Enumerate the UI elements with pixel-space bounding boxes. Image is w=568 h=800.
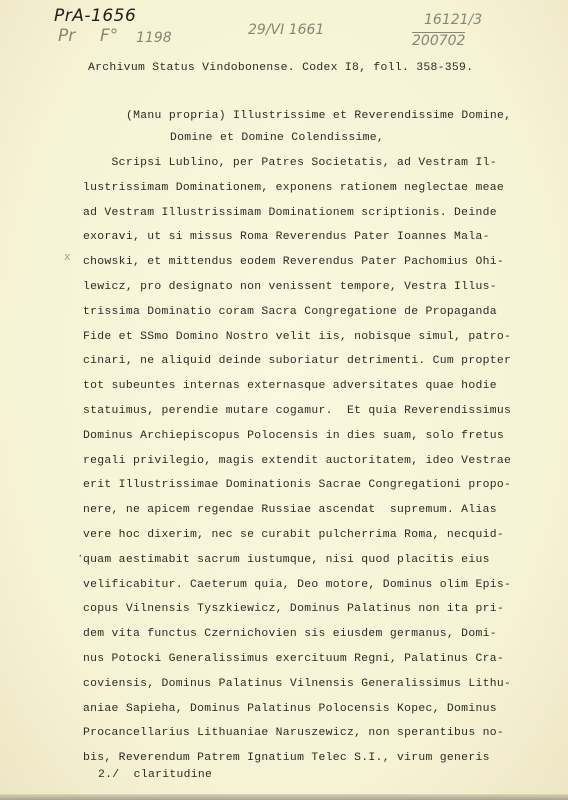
body-line: chowski, et mittendus eodem Reverendus P… — [83, 257, 504, 268]
body-line: lustrissimam Dominationem, exponens rati… — [83, 183, 504, 194]
pencil-format: F° — [100, 26, 118, 46]
margin-cross-mark: x — [64, 252, 71, 264]
handwritten-signature: PrA-1656 — [54, 6, 136, 26]
body-line: velificabitur. Caeterum quia, Deo motore… — [83, 580, 511, 591]
scan-bottom-edge — [0, 794, 568, 800]
pencil-prefix: Pr — [58, 26, 75, 46]
body-line: Procancellarius Lithuaniae Naruszewicz, … — [83, 728, 504, 739]
body-line: erit Illustrissimae Dominationis Sacrae … — [83, 480, 511, 491]
pencil-date: 29/VI 1661 — [248, 22, 324, 38]
body-line: Dominus Archiepiscopus Polocensis in die… — [83, 431, 504, 442]
archive-ref-top: 16121/3 — [424, 12, 482, 28]
body-line: tot subeuntes internas externasque adver… — [83, 381, 497, 392]
body-line: cinari, ne aliquid deinde suboriatur det… — [83, 356, 511, 367]
body-line: vere hoc dixerim, nec se curabit pulcher… — [83, 530, 504, 541]
scanned-page: PrA-1656 Pr F° 1198 29/VI 1661 16121/3 2… — [0, 0, 568, 800]
body-line: regali privilegio, magis extendit auctor… — [83, 456, 511, 467]
body-line: exoravi, ut si missus Roma Reverendus Pa… — [83, 232, 490, 243]
body-line: nere, ne apicem regendae Russiae ascenda… — [83, 505, 497, 516]
body-line: bis, Reverendum Patrem Ignatium Telec S.… — [83, 753, 490, 764]
body-line: copus Vilnensis Tyszkiewicz, Dominus Pal… — [83, 604, 504, 615]
salutation-line-1: (Manu propria) Illustrissime et Reverend… — [126, 111, 511, 122]
body-line: lewicz, pro designato non venissent temp… — [83, 282, 497, 293]
body-line: Fide et SSmo Domino Nostro velit iis, no… — [83, 332, 511, 343]
margin-dot-mark: · — [77, 551, 84, 563]
body-line: quam aestimabit sacrum iustumque, nisi q… — [83, 555, 490, 566]
body-line: Scripsi Lublino, per Patres Societatis, … — [83, 158, 497, 169]
body-line: dem vita functus Czernichovien sis eiusd… — [83, 629, 497, 640]
body-line: nus Potocki Generalissimus exercituum Re… — [83, 654, 504, 665]
page-continuation: 2./ claritudine — [98, 770, 212, 781]
body-line: ad Vestram Illustrissimam Dominationem s… — [83, 208, 497, 219]
pencil-number: 1198 — [136, 30, 172, 46]
body-line: coviensis, Dominus Palatinus Vilnensis G… — [83, 679, 511, 690]
body-line: aniae Sapieha, Dominus Palatinus Polocen… — [83, 704, 497, 715]
salutation-line-2: Domine et Domine Colendissime, — [170, 133, 384, 144]
archive-ref-bottom: 200702 — [412, 32, 465, 49]
body-line: trissima Dominatio coram Sacra Congregat… — [83, 307, 497, 318]
body-line: statuimus, perendie mutare cogamur. Et q… — [83, 406, 511, 417]
archive-citation-header: Archivum Status Vindobonense. Codex I8, … — [88, 63, 473, 74]
